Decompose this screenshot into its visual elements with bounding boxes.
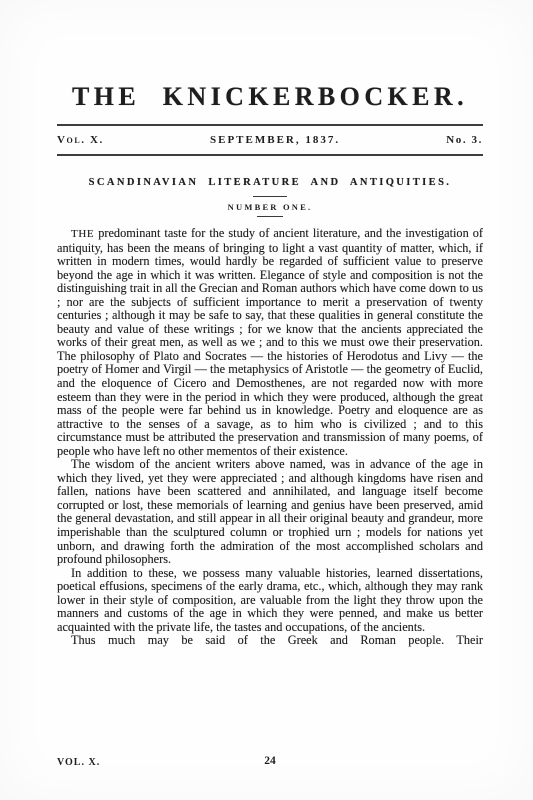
ornament-rule xyxy=(253,196,287,197)
issue-date: SEPTEMBER, 1837. xyxy=(210,134,340,146)
footer-volume-mark: VOL. X. xyxy=(57,757,100,768)
paragraph-1-text: predominant taste for the study of ancie… xyxy=(57,226,483,458)
page-number: 24 xyxy=(264,755,276,767)
divider-rule-top xyxy=(57,124,483,126)
paragraph-2: The wisdom of the ancient writers above … xyxy=(57,458,483,566)
page-footer: VOL. X. 24 xyxy=(57,757,483,768)
paragraph-4: Thus much may be said of the Greek and R… xyxy=(57,634,483,648)
article-subtitle: NUMBER ONE. xyxy=(57,202,483,212)
issue-info-line: Vol. X. SEPTEMBER, 1837. No. 3. xyxy=(57,134,483,146)
article-body: The predominant taste for the study of a… xyxy=(57,227,483,648)
ornament-rule-small xyxy=(257,216,283,217)
divider-rule-bottom xyxy=(57,154,483,156)
magazine-masthead: THE KNICKERBOCKER. xyxy=(57,82,483,112)
issue-number: No. 3. xyxy=(446,134,483,146)
paragraph-lead-word: The xyxy=(71,228,94,240)
paragraph-3: In addition to these, we possess many va… xyxy=(57,567,483,635)
page-content: THE KNICKERBOCKER. Vol. X. SEPTEMBER, 18… xyxy=(57,0,483,648)
scanned-book-page: THE KNICKERBOCKER. Vol. X. SEPTEMBER, 18… xyxy=(0,0,533,800)
volume-label: Vol. X. xyxy=(57,134,104,146)
paragraph-1: The predominant taste for the study of a… xyxy=(57,227,483,458)
article-title: SCANDINAVIAN LITERATURE AND ANTIQUITIES. xyxy=(57,177,483,188)
